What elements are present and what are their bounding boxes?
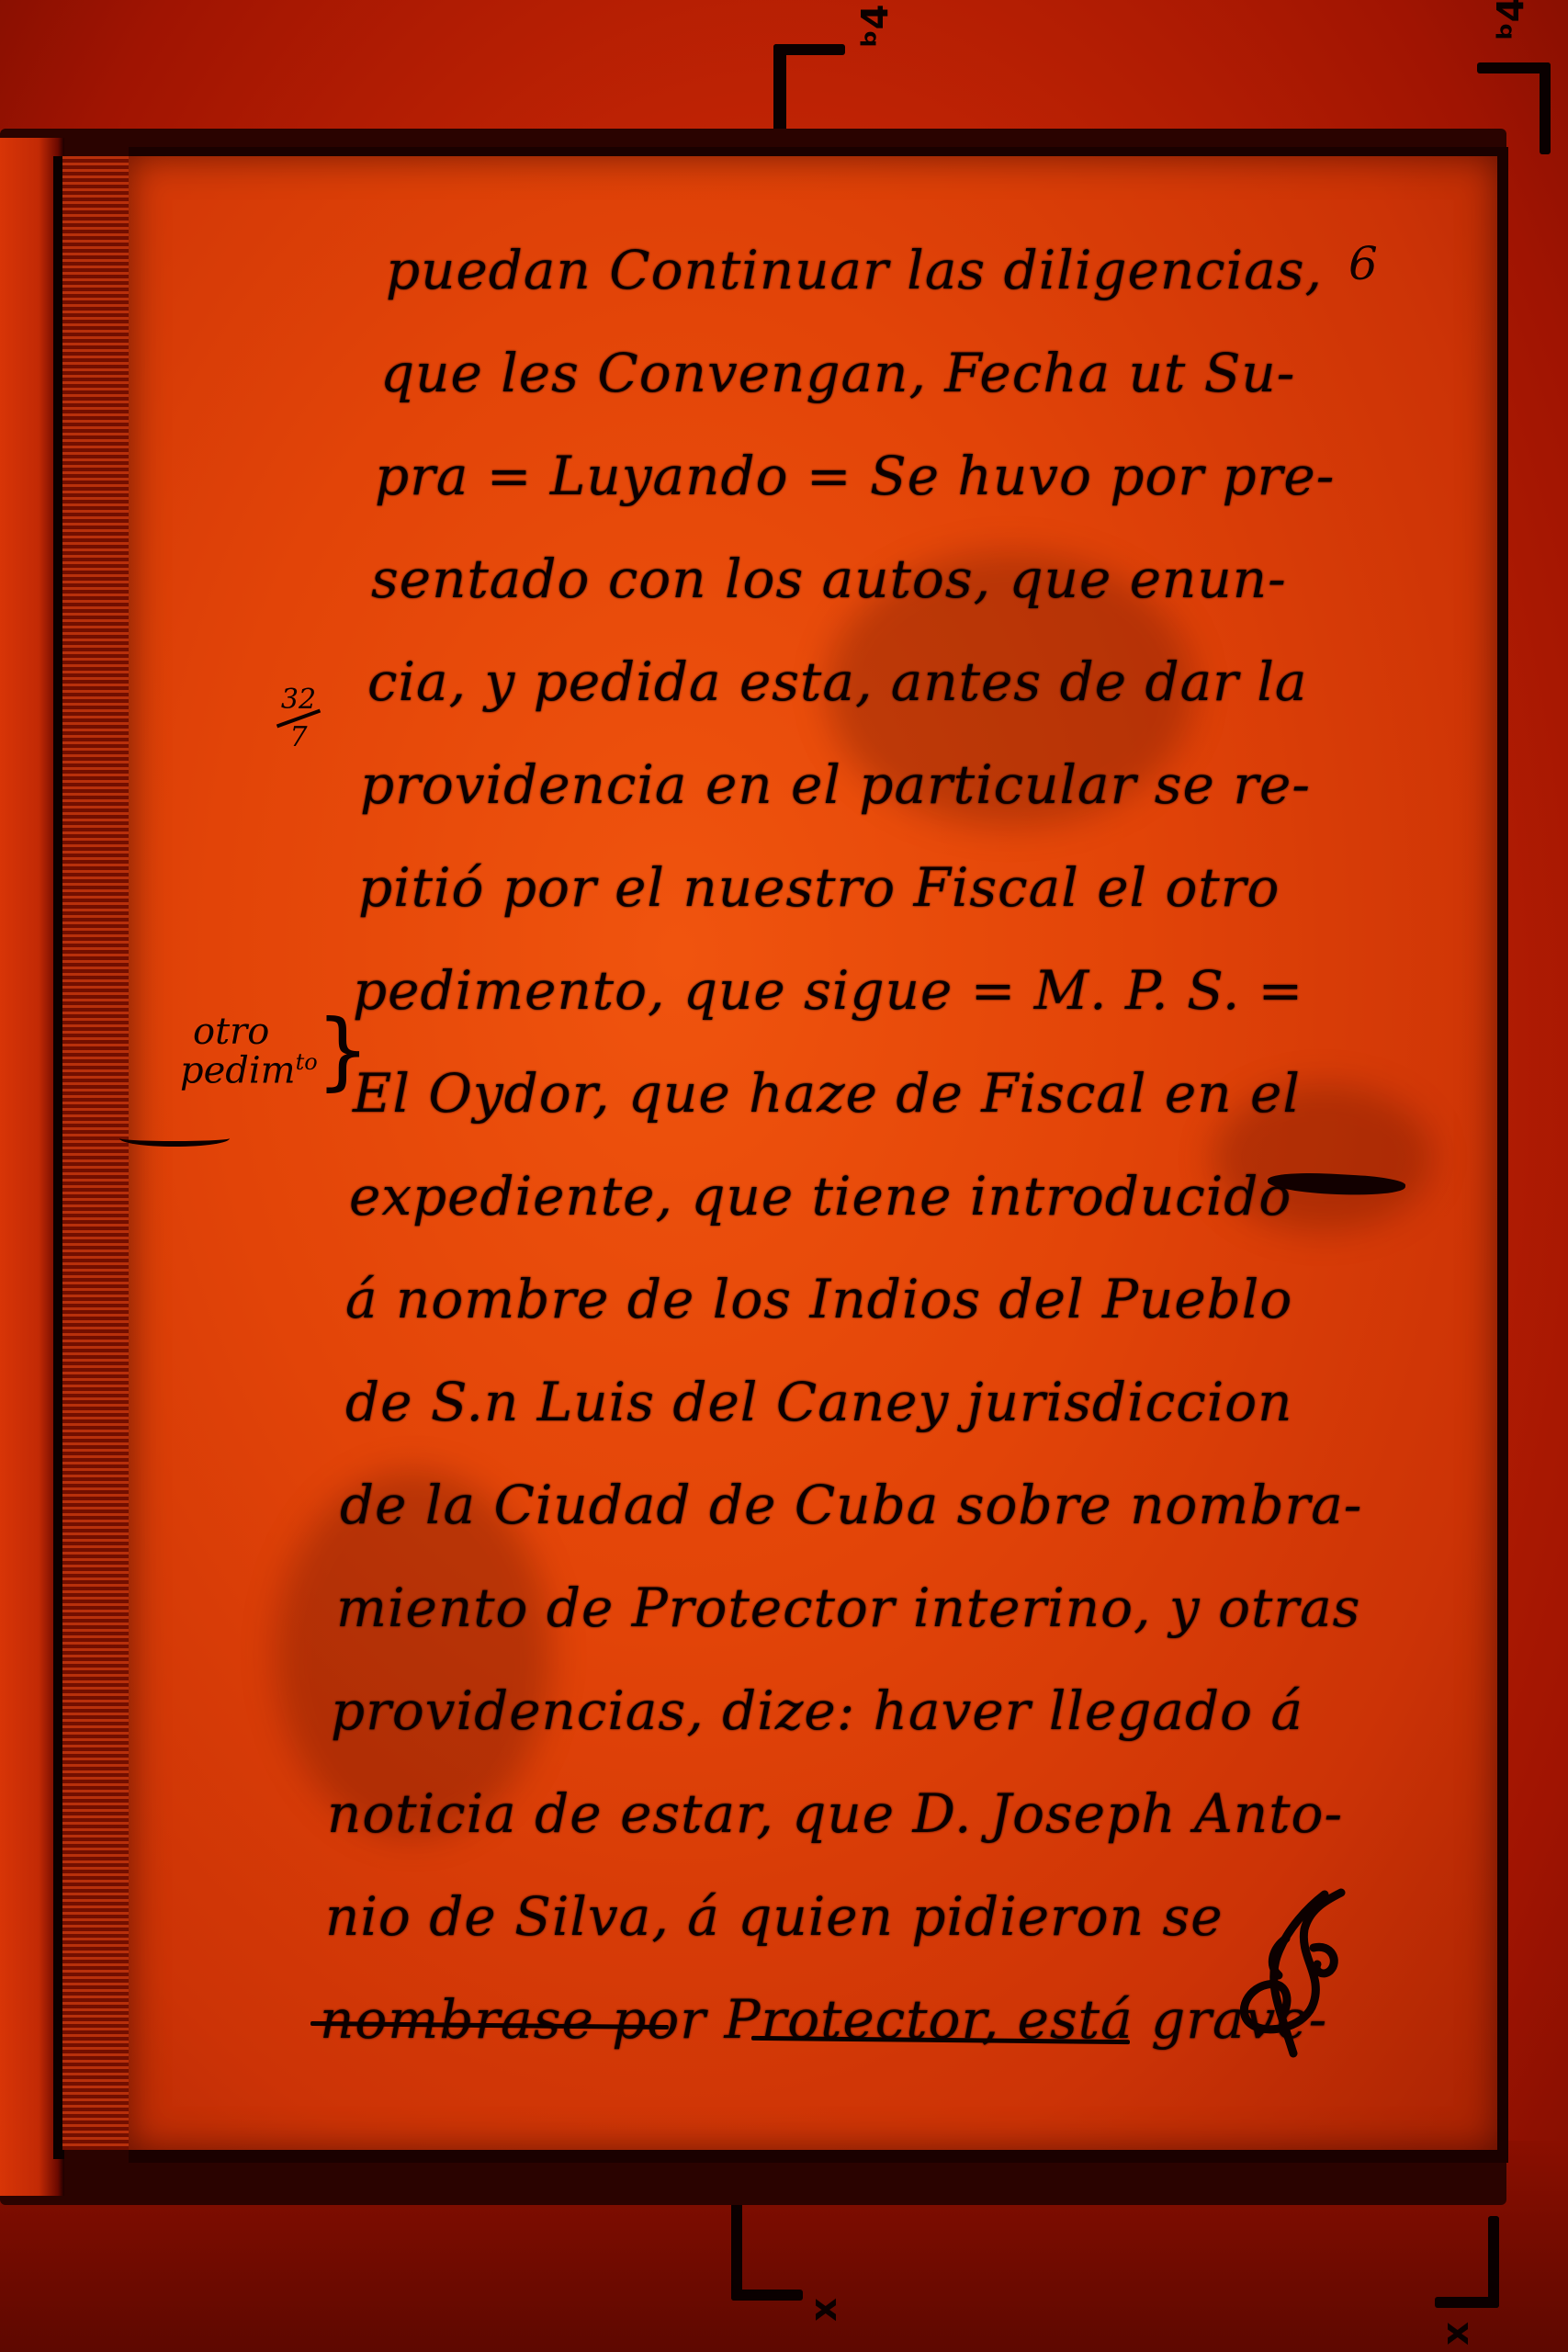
text-line: noticia de estar, que D. Joseph Anto-: [327, 1762, 1246, 1865]
folio-number: 6: [1348, 237, 1378, 290]
text-line: sentado con los autos, que enun-: [371, 527, 1290, 630]
text-line: expediente, que tiene introducido: [349, 1145, 1268, 1248]
margin-flourish: [119, 1130, 230, 1147]
text-line: cia, y pedida esta, antes de dar la: [367, 630, 1286, 733]
fraction-denominator: 7: [289, 721, 307, 753]
textured-headband: [62, 156, 131, 2150]
text-line: providencias, dize: haver llegado á: [331, 1659, 1249, 1762]
margin-note-line1: otro: [180, 1012, 318, 1051]
text-line: puedan Continuar las diligencias,: [386, 219, 1304, 322]
text-line: nombrase por Protector, está grave-: [320, 1968, 1238, 2071]
rubric-signature-icon: [1222, 1874, 1359, 2058]
text-line: providencia en el particular se re-: [360, 733, 1279, 836]
manuscript-text: puedan Continuar las diligencias, que le…: [340, 219, 1258, 2071]
margin-note: otro pedimto: [180, 1012, 318, 1090]
text-line: á nombre de los Indios del Pueblo: [345, 1248, 1264, 1351]
text-line: miento de Protector interino, y otras: [336, 1556, 1255, 1659]
text-line: de la Ciudad de Cuba sobre nombra-: [340, 1453, 1258, 1556]
margin-fraction: 32 7: [276, 684, 321, 752]
margin-note-abbrev: pedim: [180, 1049, 296, 1091]
text-line: pitió por el nuestro Fiscal el otro: [358, 836, 1277, 939]
margin-note-line2: pedimto: [180, 1051, 318, 1090]
crop-mark-label: x: [806, 2298, 842, 2322]
text-line: pedimento, que sigue = M. P. S. =: [353, 939, 1271, 1042]
margin-note-superscript: to: [296, 1049, 318, 1075]
crop-mark-label: ᵇ4: [858, 5, 895, 48]
text-line: que les Convengan, Fecha ut Su-: [380, 322, 1299, 424]
text-line: de S.n Luis del Caney jurisdiccion: [345, 1351, 1264, 1453]
text-line: nio de Silva, á quien pidieron se: [325, 1865, 1244, 1968]
crop-mark-label: ᵇ4: [1494, 0, 1530, 40]
text-line: El Oydor, que haze de Fiscal en el: [353, 1042, 1271, 1145]
text-line: pra = Luyando = Se huvo por pre-: [375, 424, 1293, 527]
crop-mark-label: x: [1438, 2322, 1474, 2346]
